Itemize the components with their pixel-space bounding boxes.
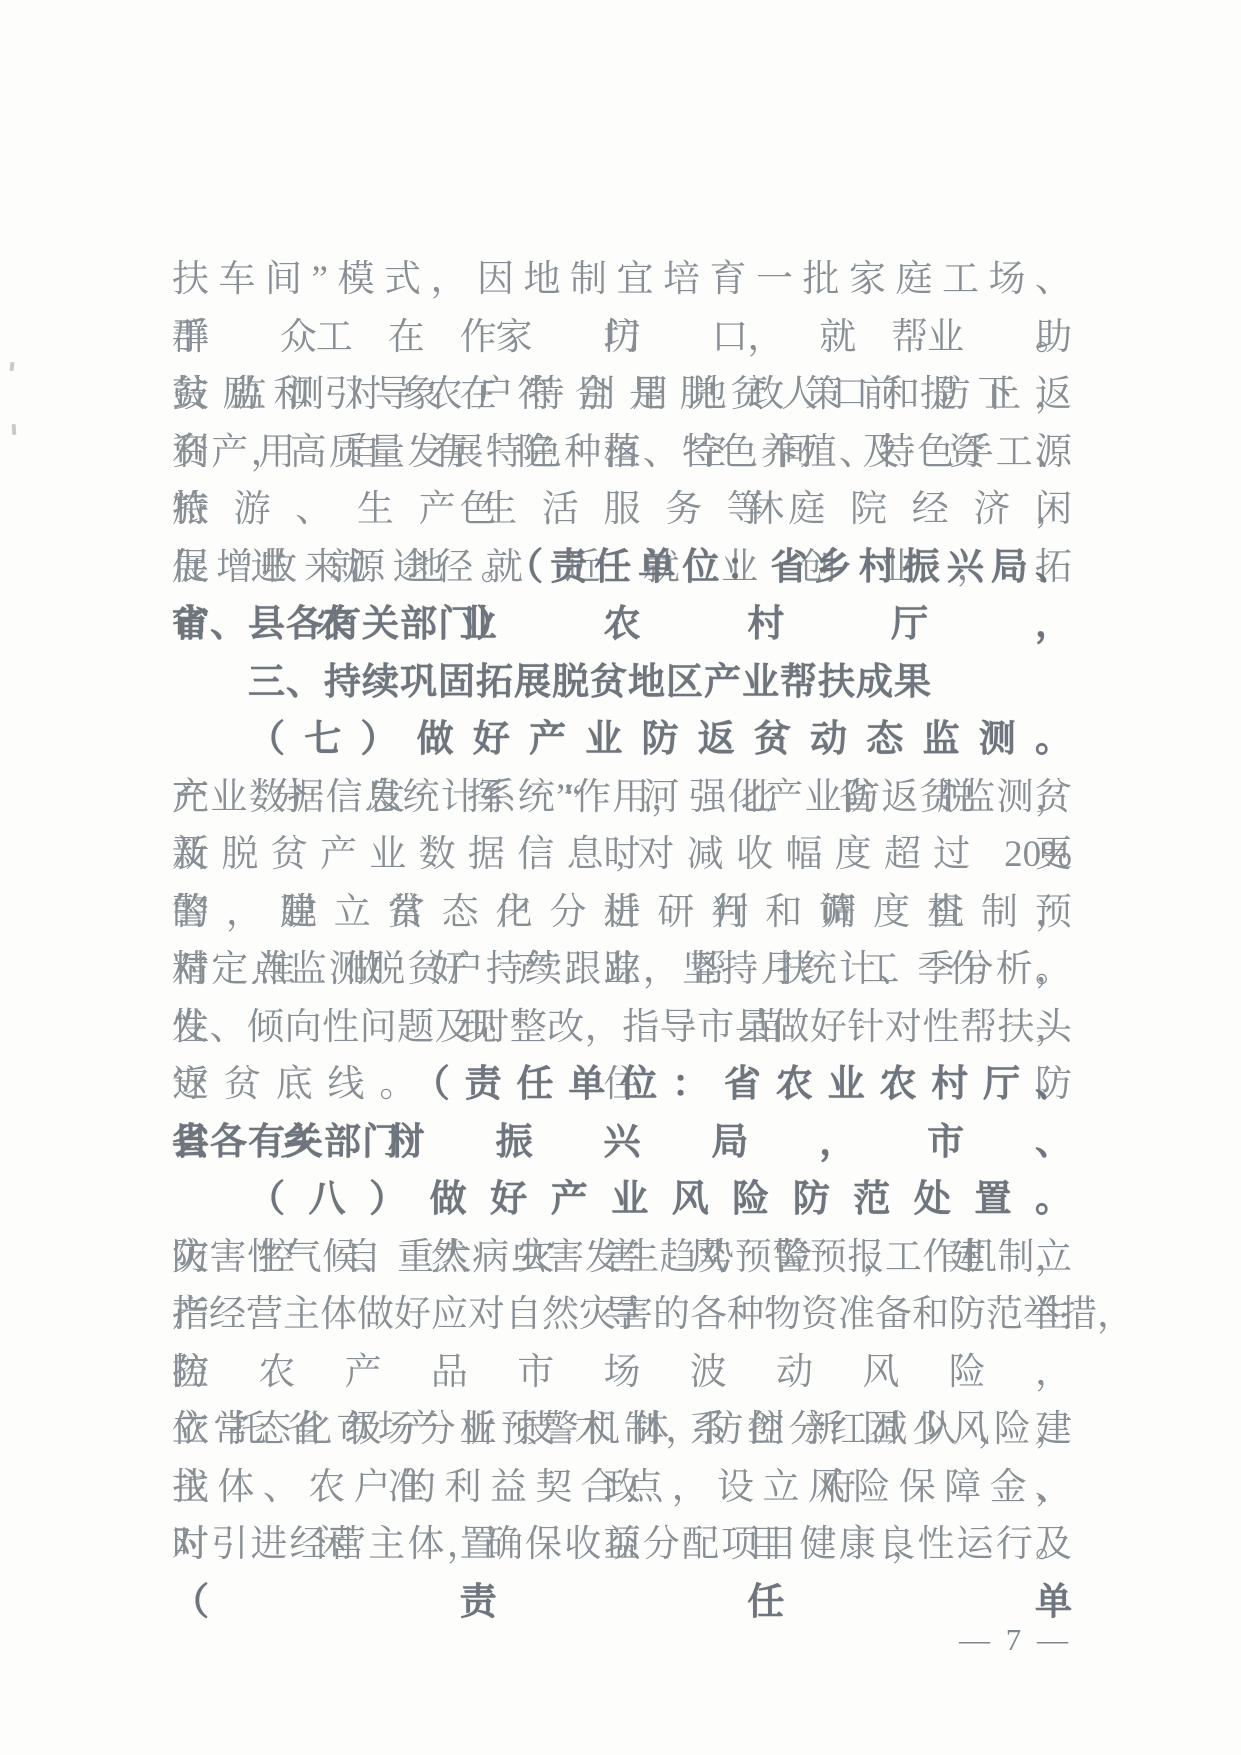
- text-line: 产业数据信息统计系统”作用，强化产业防返贫监测，及时更: [172, 769, 1072, 827]
- text-line: 产经营主体做好应对自然灾害的各种物资准备和防范举措，防: [172, 1286, 1072, 1344]
- text-line: 对定点监测脱贫户持续跟踪，坚持月统计、季分析，发现苗头: [172, 941, 1072, 999]
- document-body: 扶车间”模式，因地制宜培育一批家庭工场、手工作坊，帮助群众在家门口就业。鼓励和引…: [172, 251, 1072, 1574]
- text-line: 贫监测对象在符合用地政策前提下，利用自有院落空间及资源: [172, 366, 1072, 424]
- text-line: 新脱贫产业数据信息,对减收幅度超过 20%的脱贫户进行筛查预: [172, 826, 1072, 884]
- emphasis-text: 县各有关部门）: [172, 1122, 438, 1163]
- scan-speck: [9, 362, 14, 371]
- body-text: 返贫底线。: [172, 1064, 431, 1105]
- text-line: 灾害性气候、重大病虫害发生趋势预警预报工作机制，指导生: [172, 1229, 1072, 1287]
- emphasis-text: （责任单: [172, 1582, 1072, 1623]
- text-line: 主体、农户的利益契合点，设立风险保障金，对闲置项目，及: [172, 1459, 1072, 1517]
- text-line: 旅游、生产生活服务等庭院经济，促进就地就近就业创业，拓: [172, 481, 1072, 539]
- text-line: 性、倾向性问题及时整改，指导市县做好针对性帮扶，守住防: [172, 999, 1072, 1057]
- text-line: 扶车间”模式，因地制宜培育一批家庭工场、手工作坊，帮助: [172, 251, 1072, 309]
- text-line: 立常态化市场分析预警机制，防控分红减少风险，找准政府、: [172, 1401, 1072, 1459]
- text-line: （八）做好产业风险防范处置。防控自然灾害风险，建立: [172, 1171, 1072, 1229]
- body-text: 展增收来源途径。: [172, 547, 525, 588]
- text-line: 警，建立常态化分析研判和调度机制，精准做好产业帮扶工作。: [172, 884, 1072, 942]
- page-footer: — 7 —: [172, 1622, 1072, 1658]
- text-line: 展增收来源途径。（责任单位：省乡村振兴局、省农业农村厅，: [172, 539, 1072, 597]
- text-line: （七）做好产业防返贫动态监测。充分发挥“河北省脱贫: [172, 711, 1072, 769]
- document-page: 扶车间”模式，因地制宜培育一批家庭工场、手工作坊，帮助群众在家门口就业。鼓励和引…: [0, 0, 1241, 1755]
- page-number: — 7 —: [959, 1622, 1072, 1657]
- text-line: 返贫底线。（责任单位：省农业农村厅、省乡村振兴局，市、: [172, 1056, 1072, 1114]
- text-line: 群众在家门口就业。鼓励和引导农户特别是脱贫人口和防止返: [172, 309, 1072, 367]
- text-line: 资产，高质量发展特色种植、特色养殖、特色手工、特色休闲: [172, 424, 1072, 482]
- text-line: 控农产品市场波动风险，依托省级产业技术体系创新团队，建: [172, 1344, 1072, 1402]
- emphasis-text: 市、县各有关部门）: [172, 604, 514, 645]
- text-line: 时引进经营主体，确保收益分配项目健康良性运行。（责任单: [172, 1516, 1072, 1574]
- emphasis-text: 三、持续巩固拓展脱贫地区产业帮扶成果: [248, 662, 932, 703]
- emphasis-text: （八）做好产业风险防范处置。: [248, 1179, 1072, 1220]
- section-heading: 三、持续巩固拓展脱贫地区产业帮扶成果: [172, 654, 1072, 712]
- emphasis-text: （七）做好产业防返贫动态监测。: [248, 719, 1072, 760]
- body-text: 时引进经营主体，确保收益分配项目健康良性运行。: [172, 1524, 1072, 1565]
- scan-speck: [12, 424, 17, 435]
